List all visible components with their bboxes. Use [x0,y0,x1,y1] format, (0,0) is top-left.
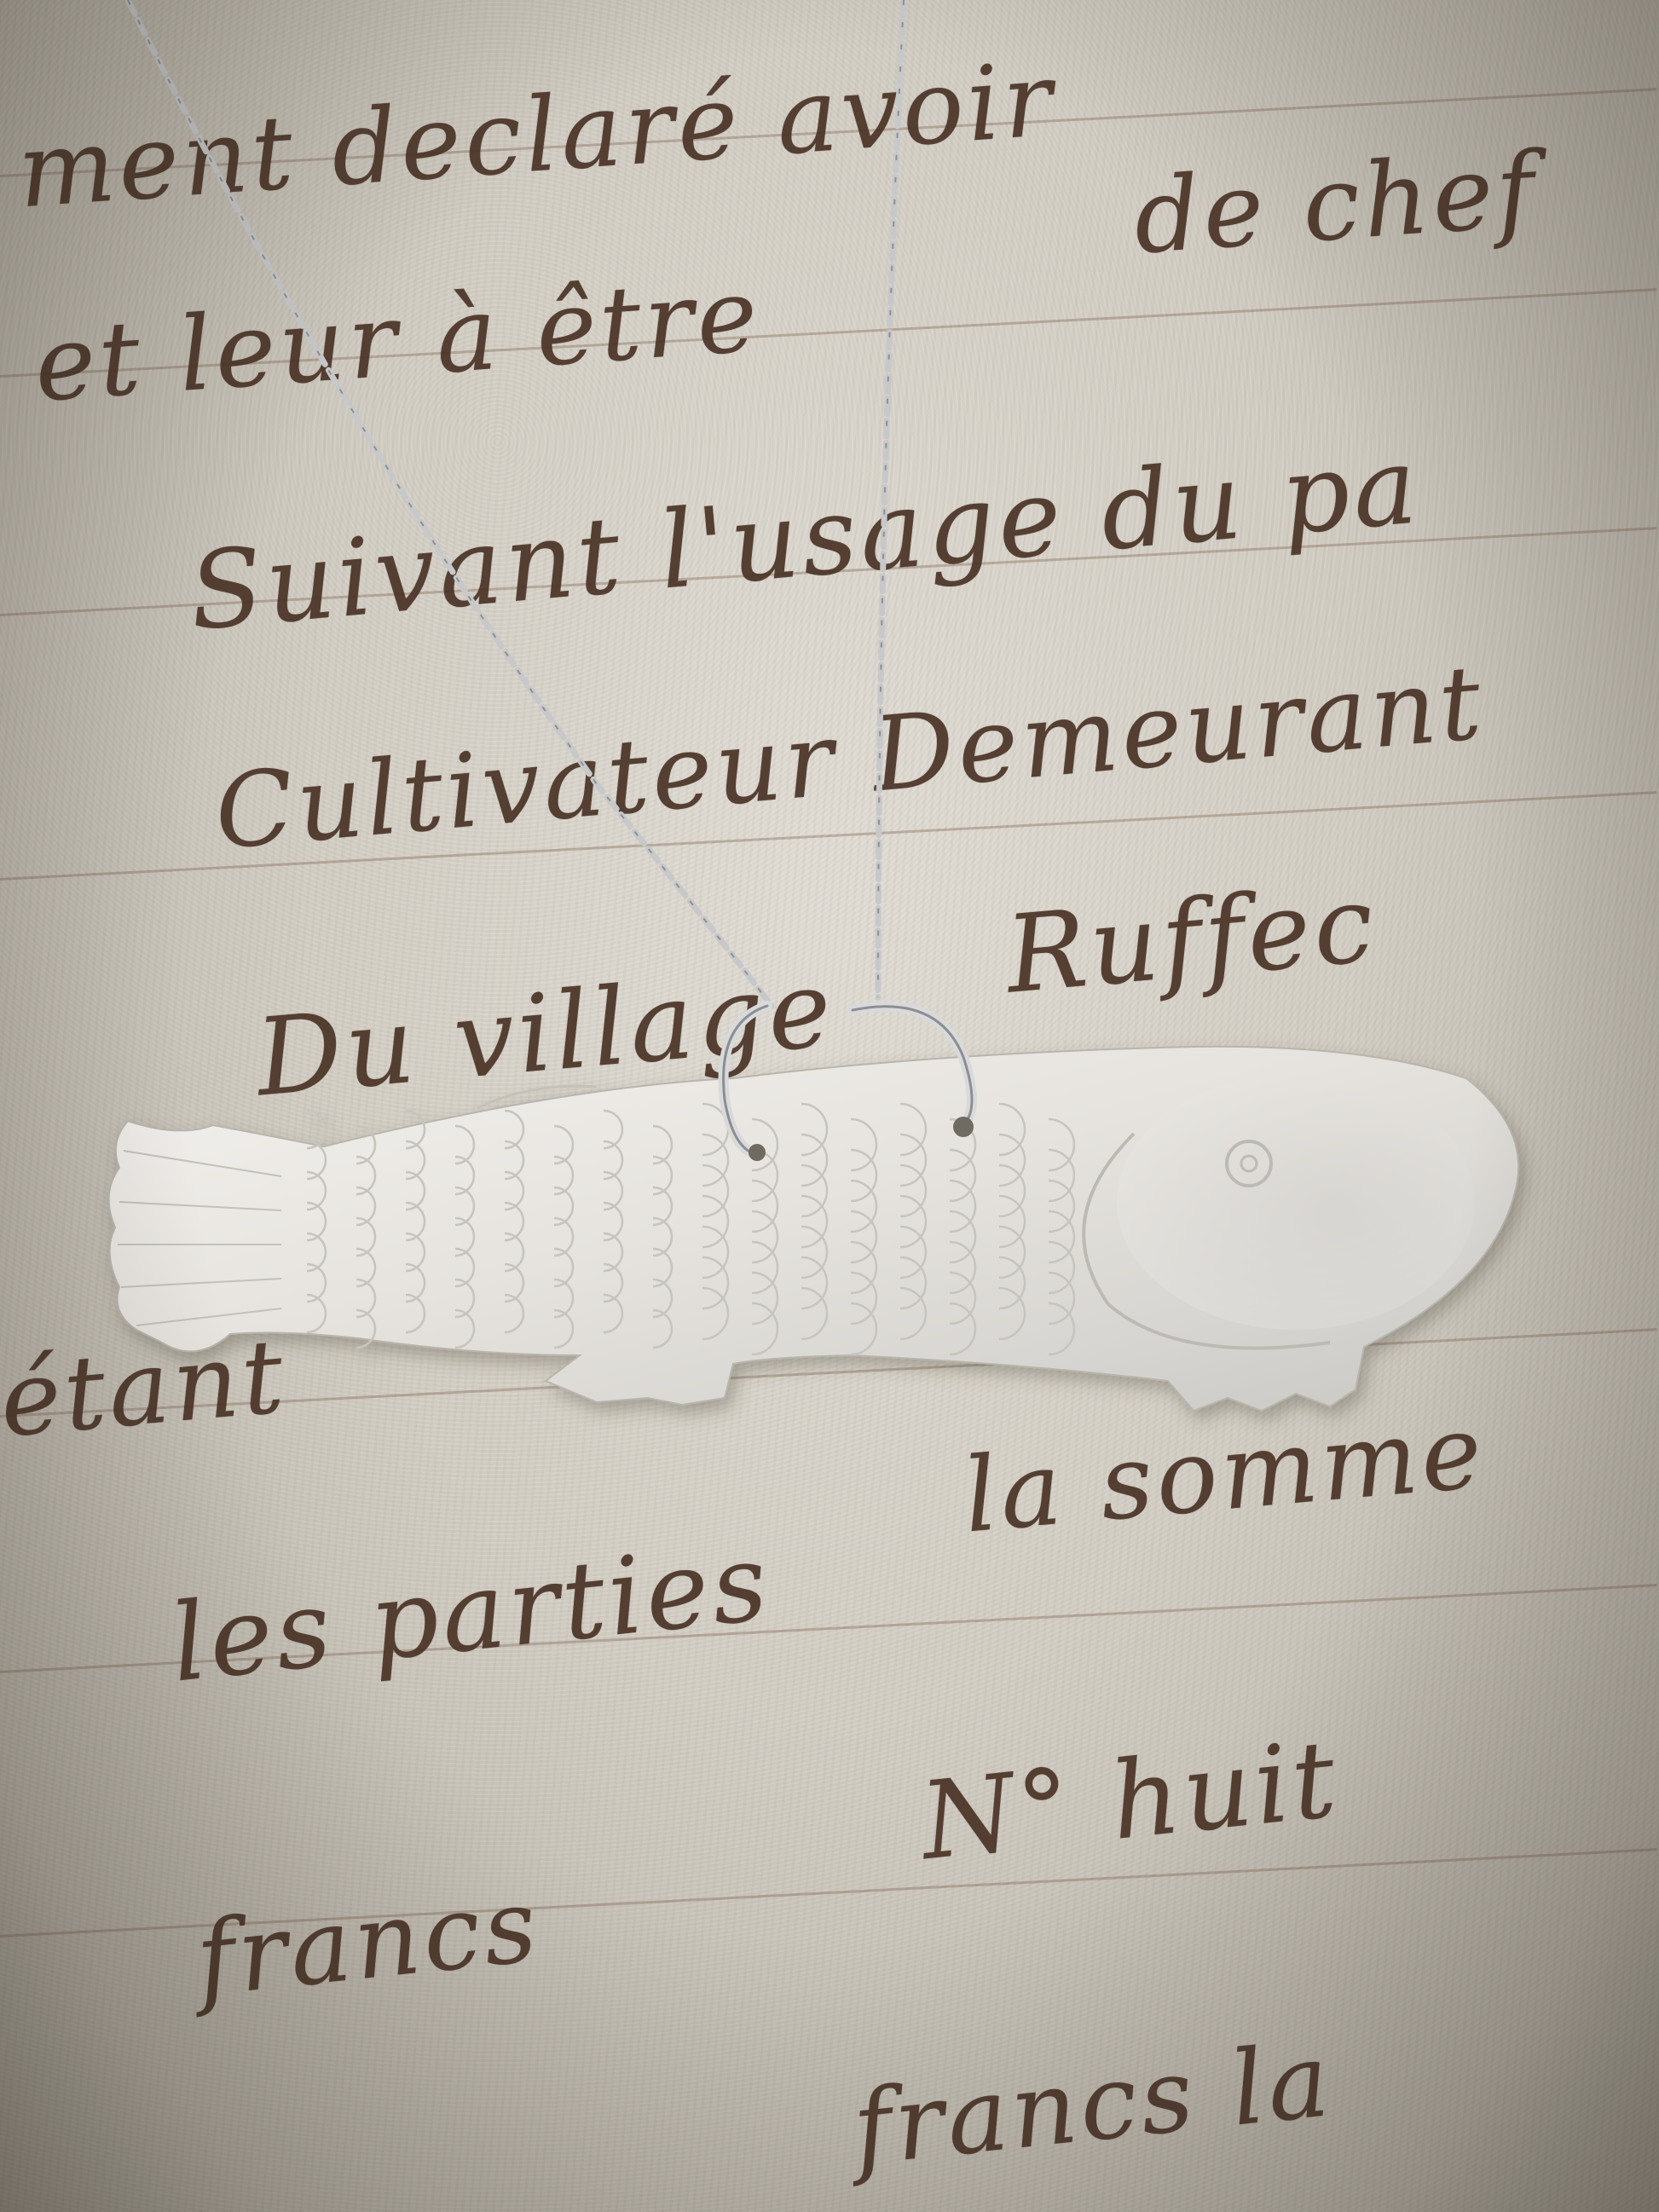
silver-chain [128,0,904,1006]
photo-scene: ment declaré avoir de chef et leur à êtr… [0,0,1659,2212]
pendant-illustration [0,0,1659,2212]
fish-pendant [109,1047,1519,1411]
